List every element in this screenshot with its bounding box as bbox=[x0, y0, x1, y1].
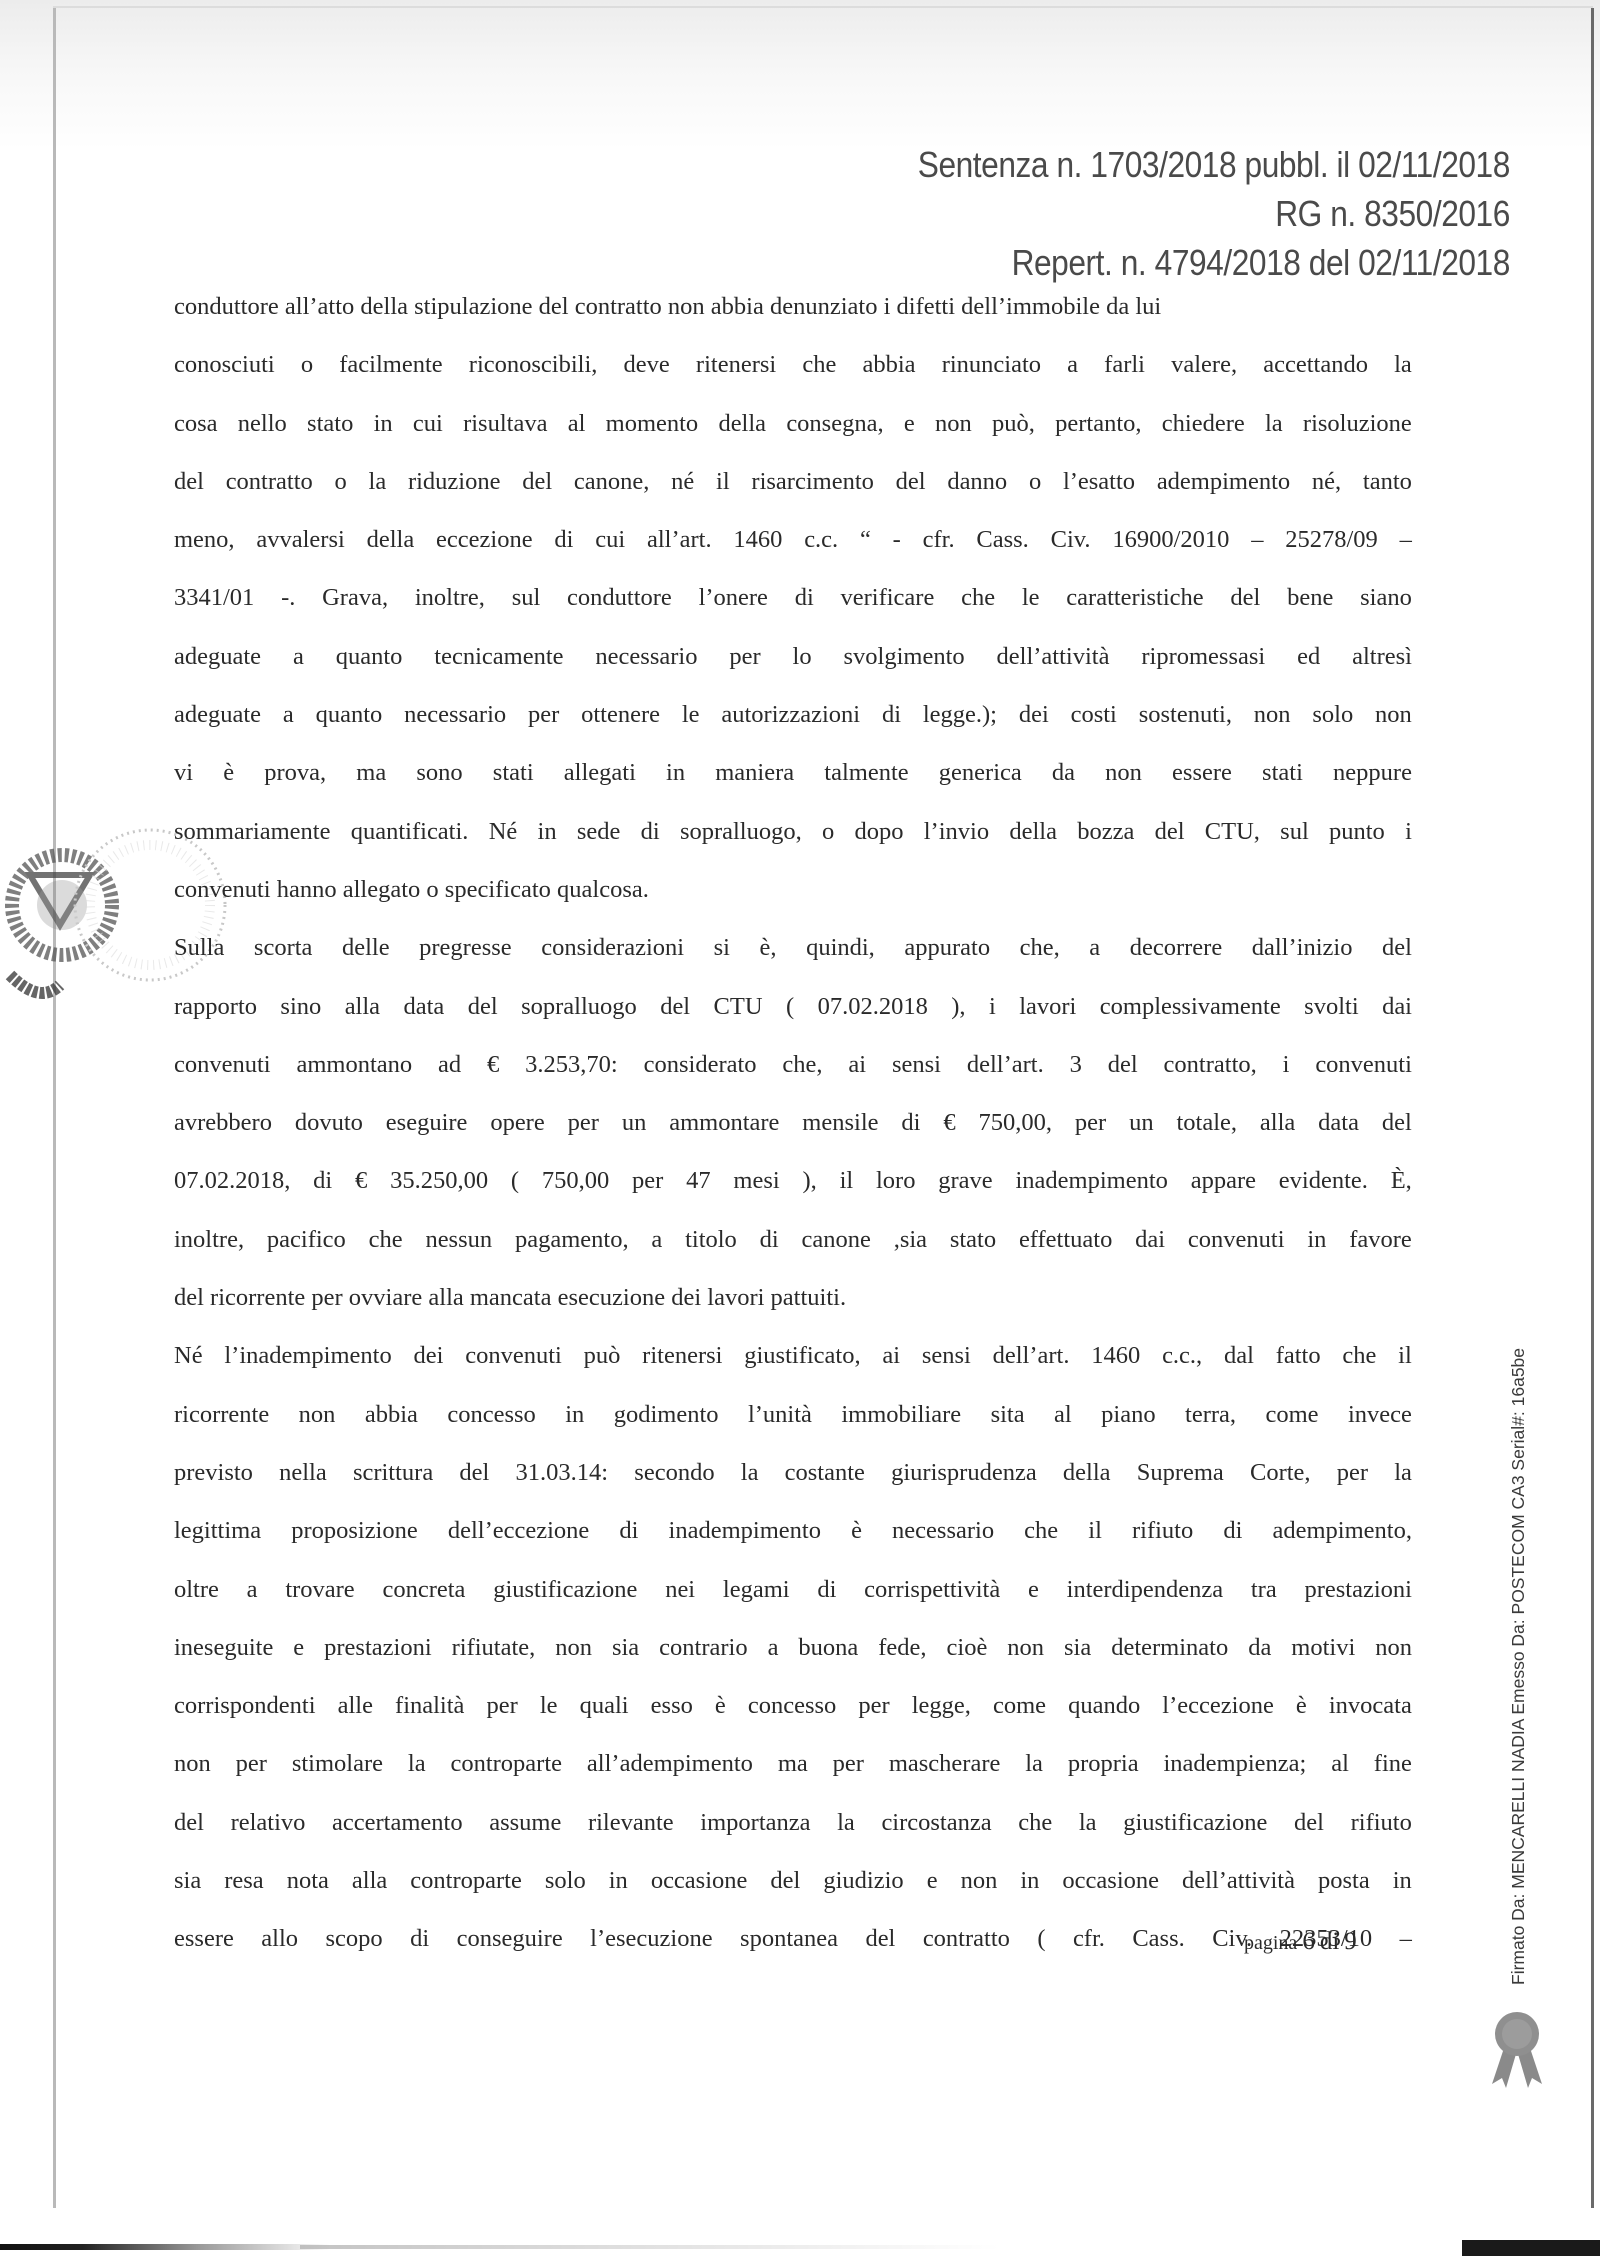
word: proposizione bbox=[291, 1502, 418, 1560]
word: lo bbox=[793, 628, 812, 686]
line-text: del ricorrente per ovviare alla mancata … bbox=[174, 1269, 846, 1327]
word: l’unità bbox=[748, 1386, 812, 1444]
word: in bbox=[1393, 1852, 1412, 1910]
word: tecnicamente bbox=[434, 628, 563, 686]
word: da bbox=[1052, 744, 1075, 802]
word: giudizio bbox=[823, 1852, 903, 1910]
word: del bbox=[1382, 919, 1412, 977]
word: ), bbox=[802, 1152, 816, 1210]
word: o bbox=[1029, 453, 1041, 511]
word: rifiuto bbox=[1351, 1794, 1412, 1852]
document-page: Sentenza n. 1703/2018 pubbl. il 02/11/20… bbox=[0, 0, 1600, 2263]
word: maniera bbox=[715, 744, 794, 802]
word: o bbox=[301, 336, 313, 394]
word: € bbox=[355, 1152, 367, 1210]
word: convenuti bbox=[174, 1036, 271, 1094]
word: è bbox=[715, 1677, 726, 1735]
text-line: inoltre,pacificochenessunpagamento,atito… bbox=[174, 1211, 1412, 1269]
word: che bbox=[1342, 1327, 1376, 1385]
word: né bbox=[671, 453, 694, 511]
word: mensile bbox=[802, 1094, 878, 1152]
word: il bbox=[716, 453, 730, 511]
word: a bbox=[1067, 336, 1078, 394]
word: dovuto bbox=[295, 1094, 363, 1152]
word: per bbox=[236, 1735, 267, 1793]
word: canone bbox=[802, 1211, 871, 1269]
scan-shadow-bottom bbox=[300, 2245, 1000, 2249]
word: accertamento bbox=[332, 1794, 463, 1852]
word: della bbox=[1009, 803, 1057, 861]
word: quali bbox=[580, 1677, 629, 1735]
word: appurato bbox=[904, 919, 990, 977]
word: nella bbox=[279, 1444, 327, 1502]
word: il bbox=[1088, 1502, 1102, 1560]
word: bozza bbox=[1077, 803, 1134, 861]
word: che bbox=[1018, 1794, 1052, 1852]
word: avrebbero bbox=[174, 1094, 272, 1152]
word: ( bbox=[511, 1152, 519, 1210]
word: essere bbox=[174, 1910, 234, 1968]
word: di bbox=[901, 1094, 920, 1152]
word: sita bbox=[991, 1386, 1025, 1444]
word: svolgimento bbox=[844, 628, 965, 686]
word: stato bbox=[307, 395, 353, 453]
word: giurisprudenza bbox=[891, 1444, 1037, 1502]
word: punto bbox=[1329, 803, 1385, 861]
page-left-edge bbox=[53, 8, 56, 2208]
word: tra bbox=[1251, 1561, 1277, 1619]
word: del bbox=[1108, 1036, 1138, 1094]
word: ricorrente bbox=[174, 1386, 269, 1444]
word: Cass. bbox=[1132, 1910, 1184, 1968]
word: 3.253,70: bbox=[525, 1036, 618, 1094]
word: sul bbox=[1280, 803, 1309, 861]
document-header: Sentenza n. 1703/2018 pubbl. il 02/11/20… bbox=[918, 140, 1510, 287]
text-line: 3341/01-.Grava,inoltre,sulconduttorel’on… bbox=[174, 569, 1412, 627]
word: inoltre, bbox=[174, 1211, 244, 1269]
word: della bbox=[367, 511, 415, 569]
word: eccezione bbox=[436, 511, 533, 569]
word: solo bbox=[545, 1852, 586, 1910]
word: secondo bbox=[634, 1444, 714, 1502]
word: né, bbox=[1312, 453, 1341, 511]
word: dell’attività bbox=[997, 628, 1110, 686]
word: non bbox=[555, 1619, 592, 1677]
word: vi bbox=[174, 744, 193, 802]
word: pregresse bbox=[419, 919, 512, 977]
word: sensi bbox=[922, 1327, 971, 1385]
word: inadempimento bbox=[669, 1502, 821, 1560]
word: la bbox=[408, 1735, 426, 1793]
text-line: del ricorrente per ovviare alla mancata … bbox=[174, 1269, 1412, 1327]
word: cui bbox=[413, 395, 443, 453]
word: godimento bbox=[614, 1386, 719, 1444]
text-line: previstonellascritturadel31.03.14:second… bbox=[174, 1444, 1412, 1502]
word: concesso bbox=[447, 1386, 535, 1444]
word: la bbox=[1394, 336, 1412, 394]
word: ma bbox=[356, 744, 386, 802]
word: conduttore bbox=[567, 569, 672, 627]
word: legge, bbox=[912, 1677, 971, 1735]
word: adempimento, bbox=[1272, 1502, 1411, 1560]
word: dell’art. bbox=[993, 1327, 1070, 1385]
word: adeguate bbox=[174, 686, 261, 744]
word: la bbox=[1265, 395, 1283, 453]
word: pagamento, bbox=[515, 1211, 629, 1269]
word: conosciuti bbox=[174, 336, 275, 394]
word: convenuti bbox=[1315, 1036, 1412, 1094]
word: ai bbox=[848, 1036, 866, 1094]
word: per bbox=[568, 1094, 599, 1152]
word: dell’attività bbox=[1182, 1852, 1295, 1910]
word: può bbox=[584, 1327, 621, 1385]
word: allegati bbox=[564, 744, 636, 802]
word: ammontano bbox=[297, 1036, 413, 1094]
word: trovare bbox=[285, 1561, 354, 1619]
word: essere bbox=[1172, 744, 1232, 802]
scan-shadow-bottom-left bbox=[0, 2244, 330, 2250]
word: del bbox=[174, 1794, 204, 1852]
word: del bbox=[1294, 1794, 1324, 1852]
word: 750,00, bbox=[979, 1094, 1053, 1152]
word: costi bbox=[1071, 686, 1117, 744]
word: i bbox=[1405, 803, 1412, 861]
text-line: convenutiammontanoad€3.253,70:considerat… bbox=[174, 1036, 1412, 1094]
word: Né bbox=[489, 803, 518, 861]
word: non bbox=[1375, 686, 1412, 744]
word: e bbox=[904, 395, 915, 453]
word: e bbox=[1028, 1561, 1039, 1619]
word: stimolare bbox=[292, 1735, 383, 1793]
word: facilmente bbox=[339, 336, 442, 394]
text-line: siaresanotaallacontropartesoloinoccasion… bbox=[174, 1852, 1412, 1910]
word: all’art. bbox=[647, 511, 712, 569]
word: come bbox=[993, 1677, 1046, 1735]
word: verificare bbox=[841, 569, 935, 627]
text-line: Nél’inadempimentodeiconvenutipuòriteners… bbox=[174, 1327, 1412, 1385]
word: 750,00 bbox=[542, 1152, 609, 1210]
word: occasione bbox=[651, 1852, 748, 1910]
word: del bbox=[1382, 1094, 1412, 1152]
word: ad bbox=[438, 1036, 461, 1094]
word: tanto bbox=[1363, 453, 1412, 511]
word: – bbox=[1400, 1910, 1412, 1968]
word: l’inadempimento bbox=[224, 1327, 391, 1385]
word: € bbox=[943, 1094, 955, 1152]
word: considerazioni bbox=[541, 919, 684, 977]
word: riconoscibili, bbox=[469, 336, 598, 394]
word: stati bbox=[493, 744, 534, 802]
word: sopralluogo bbox=[521, 978, 637, 1036]
word: dell’eccezione bbox=[448, 1502, 589, 1560]
word: sul bbox=[512, 569, 541, 627]
word: 16900/2010 bbox=[1112, 511, 1229, 569]
word: del bbox=[896, 453, 926, 511]
word: dai bbox=[1135, 1211, 1165, 1269]
word: meno, bbox=[174, 511, 235, 569]
word: per bbox=[833, 1735, 864, 1793]
word: come bbox=[1265, 1386, 1318, 1444]
text-line: adeguateaquantonecessarioperottenereleau… bbox=[174, 686, 1412, 744]
word: della bbox=[1063, 1444, 1111, 1502]
word: danno bbox=[947, 453, 1007, 511]
word: la bbox=[1394, 1444, 1412, 1502]
word: ritenersi bbox=[642, 1327, 722, 1385]
text-line: oltreatrovareconcretagiustificazioneneil… bbox=[174, 1561, 1412, 1619]
word: che, bbox=[782, 1036, 822, 1094]
word: del bbox=[174, 453, 204, 511]
word: di bbox=[817, 1561, 836, 1619]
word: si bbox=[714, 919, 730, 977]
word: è, bbox=[760, 919, 777, 977]
word: farli bbox=[1104, 336, 1145, 394]
word: mascherare bbox=[889, 1735, 1001, 1793]
page-top-edge bbox=[53, 6, 1593, 8]
page-right-edge bbox=[1591, 8, 1594, 2208]
word: -. bbox=[281, 569, 295, 627]
word: può, bbox=[992, 395, 1035, 453]
word: sostenuti, bbox=[1139, 686, 1232, 744]
word: Civ. bbox=[1051, 511, 1091, 569]
word: dopo bbox=[855, 803, 904, 861]
word: contratto bbox=[226, 453, 313, 511]
word: ritenersi bbox=[696, 336, 776, 394]
word: del bbox=[770, 1852, 800, 1910]
word: controparte bbox=[410, 1852, 522, 1910]
word: di bbox=[882, 686, 901, 744]
word: neppure bbox=[1333, 744, 1412, 802]
word: effettuato bbox=[1019, 1211, 1112, 1269]
text-line: legittimaproposizionedell’eccezionediina… bbox=[174, 1502, 1412, 1560]
word: opere bbox=[490, 1094, 544, 1152]
word: di bbox=[410, 1910, 429, 1968]
word: evidente. bbox=[1279, 1152, 1368, 1210]
word: in bbox=[1020, 1852, 1039, 1910]
word: convenuti bbox=[1188, 1211, 1285, 1269]
word: prova, bbox=[264, 744, 326, 802]
word: per bbox=[1075, 1094, 1106, 1152]
text-line: cosanellostatoincuirisultavaalmomentodel… bbox=[174, 395, 1412, 453]
word: inoltre, bbox=[415, 569, 485, 627]
word: quindi, bbox=[806, 919, 875, 977]
text-line: ricorrentenonabbiaconcessoingodimentol’u… bbox=[174, 1386, 1412, 1444]
word: 3341/01 bbox=[174, 569, 254, 627]
word: data bbox=[1318, 1094, 1359, 1152]
word: non bbox=[961, 1852, 998, 1910]
word: a bbox=[283, 686, 294, 744]
word: cioè bbox=[947, 1619, 988, 1677]
word: fatto bbox=[1276, 1327, 1321, 1385]
digital-signature-text: Firmato Da: MENCARELLI NADIA Emesso Da: … bbox=[1508, 1348, 1529, 1985]
word: di bbox=[619, 1502, 638, 1560]
word: complessivamente bbox=[1100, 978, 1281, 1036]
word: cui bbox=[595, 511, 625, 569]
word: un bbox=[1129, 1094, 1154, 1152]
word: sia bbox=[174, 1852, 201, 1910]
word: posta bbox=[1318, 1852, 1370, 1910]
word: nota bbox=[287, 1852, 329, 1910]
word: Suprema bbox=[1137, 1444, 1224, 1502]
word: legami bbox=[723, 1561, 790, 1619]
word: Corte, bbox=[1250, 1444, 1311, 1502]
word: adeguate bbox=[174, 628, 261, 686]
page-of: di bbox=[1320, 1928, 1339, 1955]
word: data bbox=[403, 978, 444, 1036]
word: considerato bbox=[644, 1036, 757, 1094]
page-number: pagina 6 di 9 bbox=[1244, 1928, 1357, 1956]
line-text: convenuti hanno allegato o specificato q… bbox=[174, 861, 649, 919]
word: ammontare bbox=[669, 1094, 779, 1152]
word: rinunciato bbox=[942, 336, 1041, 394]
word: 1460 bbox=[1091, 1327, 1140, 1385]
word: inadempimento bbox=[1015, 1152, 1167, 1210]
word: 07.02.2018 bbox=[818, 978, 928, 1036]
word: sommariamente bbox=[174, 803, 330, 861]
word: del bbox=[1230, 569, 1260, 627]
word: scopo bbox=[325, 1910, 382, 1968]
word: le bbox=[682, 686, 700, 744]
word: che, bbox=[1020, 919, 1060, 977]
word: Sulla bbox=[174, 919, 224, 977]
word: € bbox=[487, 1036, 499, 1094]
word: le bbox=[540, 1677, 558, 1735]
word: a bbox=[247, 1561, 258, 1619]
word: da bbox=[1248, 1619, 1271, 1677]
word: 1460 bbox=[733, 511, 782, 569]
word: grave bbox=[938, 1152, 992, 1210]
word: sopralluogo, bbox=[680, 803, 802, 861]
word: che bbox=[369, 1211, 403, 1269]
word: ineseguite bbox=[174, 1619, 273, 1677]
word: totale, bbox=[1176, 1094, 1237, 1152]
word: ( bbox=[1037, 1910, 1045, 1968]
word: la bbox=[1079, 1794, 1097, 1852]
word: di bbox=[641, 803, 660, 861]
word: dell’art. bbox=[967, 1036, 1044, 1094]
word: 35.250,00 bbox=[390, 1152, 488, 1210]
word: 31.03.14: bbox=[516, 1444, 609, 1502]
word: l’eccezione bbox=[1162, 1677, 1274, 1735]
word: a bbox=[293, 628, 304, 686]
word: caratteristiche bbox=[1066, 569, 1203, 627]
word: che bbox=[961, 569, 995, 627]
word: loro bbox=[876, 1152, 915, 1210]
text-line: convenuti hanno allegato o specificato q… bbox=[174, 861, 1412, 919]
page-current: 6 bbox=[1302, 1928, 1315, 1955]
page-label: pagina bbox=[1244, 1932, 1297, 1954]
word: giustificato, bbox=[744, 1327, 860, 1385]
word: risultava bbox=[463, 395, 547, 453]
word: fede, bbox=[878, 1619, 926, 1677]
word: interdipendenza bbox=[1067, 1561, 1223, 1619]
word: o bbox=[335, 453, 347, 511]
word: 25278/09 bbox=[1285, 511, 1378, 569]
word: legittima bbox=[174, 1502, 261, 1560]
word: o bbox=[822, 803, 834, 861]
word: spontanea bbox=[740, 1910, 838, 1968]
page-total: 9 bbox=[1344, 1928, 1357, 1955]
text-line: corrispondentiallefinalitàperlequaliesso… bbox=[174, 1677, 1412, 1735]
word: 3 bbox=[1070, 1036, 1082, 1094]
word: l’esecuzione bbox=[590, 1910, 712, 1968]
word: per bbox=[729, 628, 760, 686]
word: necessario bbox=[892, 1502, 994, 1560]
word: convenuti bbox=[465, 1327, 562, 1385]
word: previsto bbox=[174, 1444, 253, 1502]
word: pacifico bbox=[267, 1211, 346, 1269]
word: alla bbox=[345, 978, 380, 1036]
word: in bbox=[538, 803, 557, 861]
text-line: ineseguiteeprestazionirifiutate,nonsiaco… bbox=[174, 1619, 1412, 1677]
word: – bbox=[1251, 511, 1263, 569]
word: dai bbox=[1382, 978, 1412, 1036]
word: ), bbox=[951, 978, 965, 1036]
word: il bbox=[840, 1152, 854, 1210]
word: non bbox=[299, 1386, 336, 1444]
word: del bbox=[865, 1910, 895, 1968]
word: piano bbox=[1101, 1386, 1155, 1444]
word: fine bbox=[1374, 1735, 1412, 1793]
word: conseguire bbox=[457, 1910, 563, 1968]
text-line: delrelativoaccertamentoassumerilevanteim… bbox=[174, 1794, 1412, 1852]
word: in bbox=[1307, 1211, 1326, 1269]
word: prestazioni bbox=[324, 1619, 432, 1677]
word: nello bbox=[238, 395, 287, 453]
word: del bbox=[459, 1444, 489, 1502]
word: di bbox=[1223, 1502, 1242, 1560]
word: stati bbox=[1262, 744, 1303, 802]
word: necessario bbox=[595, 628, 697, 686]
word: chiedere bbox=[1162, 395, 1245, 453]
word: quanto bbox=[316, 686, 383, 744]
word: “ bbox=[860, 511, 871, 569]
word: svolti bbox=[1304, 978, 1358, 1036]
word: determinato bbox=[1111, 1619, 1228, 1677]
word: – bbox=[1400, 511, 1412, 569]
word: la bbox=[837, 1794, 855, 1852]
word: ripromessasi bbox=[1141, 628, 1265, 686]
word: un bbox=[622, 1094, 647, 1152]
word: alla bbox=[1260, 1094, 1295, 1152]
word: e bbox=[927, 1852, 938, 1910]
word: prestazioni bbox=[1304, 1561, 1412, 1619]
word: sia bbox=[612, 1619, 639, 1677]
word: quantificati. bbox=[351, 803, 469, 861]
word: e bbox=[293, 1619, 304, 1677]
text-line: 07.02.2018,di€35.250,00(750,00per47mesi)… bbox=[174, 1152, 1412, 1210]
word: in bbox=[609, 1852, 628, 1910]
word: sede bbox=[577, 803, 621, 861]
word: contrario bbox=[659, 1619, 747, 1677]
word: Grava, bbox=[322, 569, 388, 627]
word: l’invio bbox=[924, 803, 989, 861]
word: dei bbox=[1019, 686, 1049, 744]
word: non bbox=[174, 1735, 211, 1793]
word: 07.02.2018, bbox=[174, 1152, 290, 1210]
word: immobiliare bbox=[841, 1386, 961, 1444]
word: in bbox=[374, 395, 393, 453]
text-line: rapportosinoalladatadelsopralluogodelCTU… bbox=[174, 978, 1412, 1036]
word: contratto, bbox=[1164, 1036, 1257, 1094]
word: concreta bbox=[382, 1561, 465, 1619]
word: finalità bbox=[395, 1677, 464, 1735]
word: rapporto bbox=[174, 978, 257, 1036]
word: costante bbox=[785, 1444, 865, 1502]
word: Cass. bbox=[976, 511, 1028, 569]
word: i bbox=[989, 978, 996, 1036]
word: c.c. bbox=[804, 511, 838, 569]
word: corrispondenti bbox=[174, 1677, 316, 1735]
